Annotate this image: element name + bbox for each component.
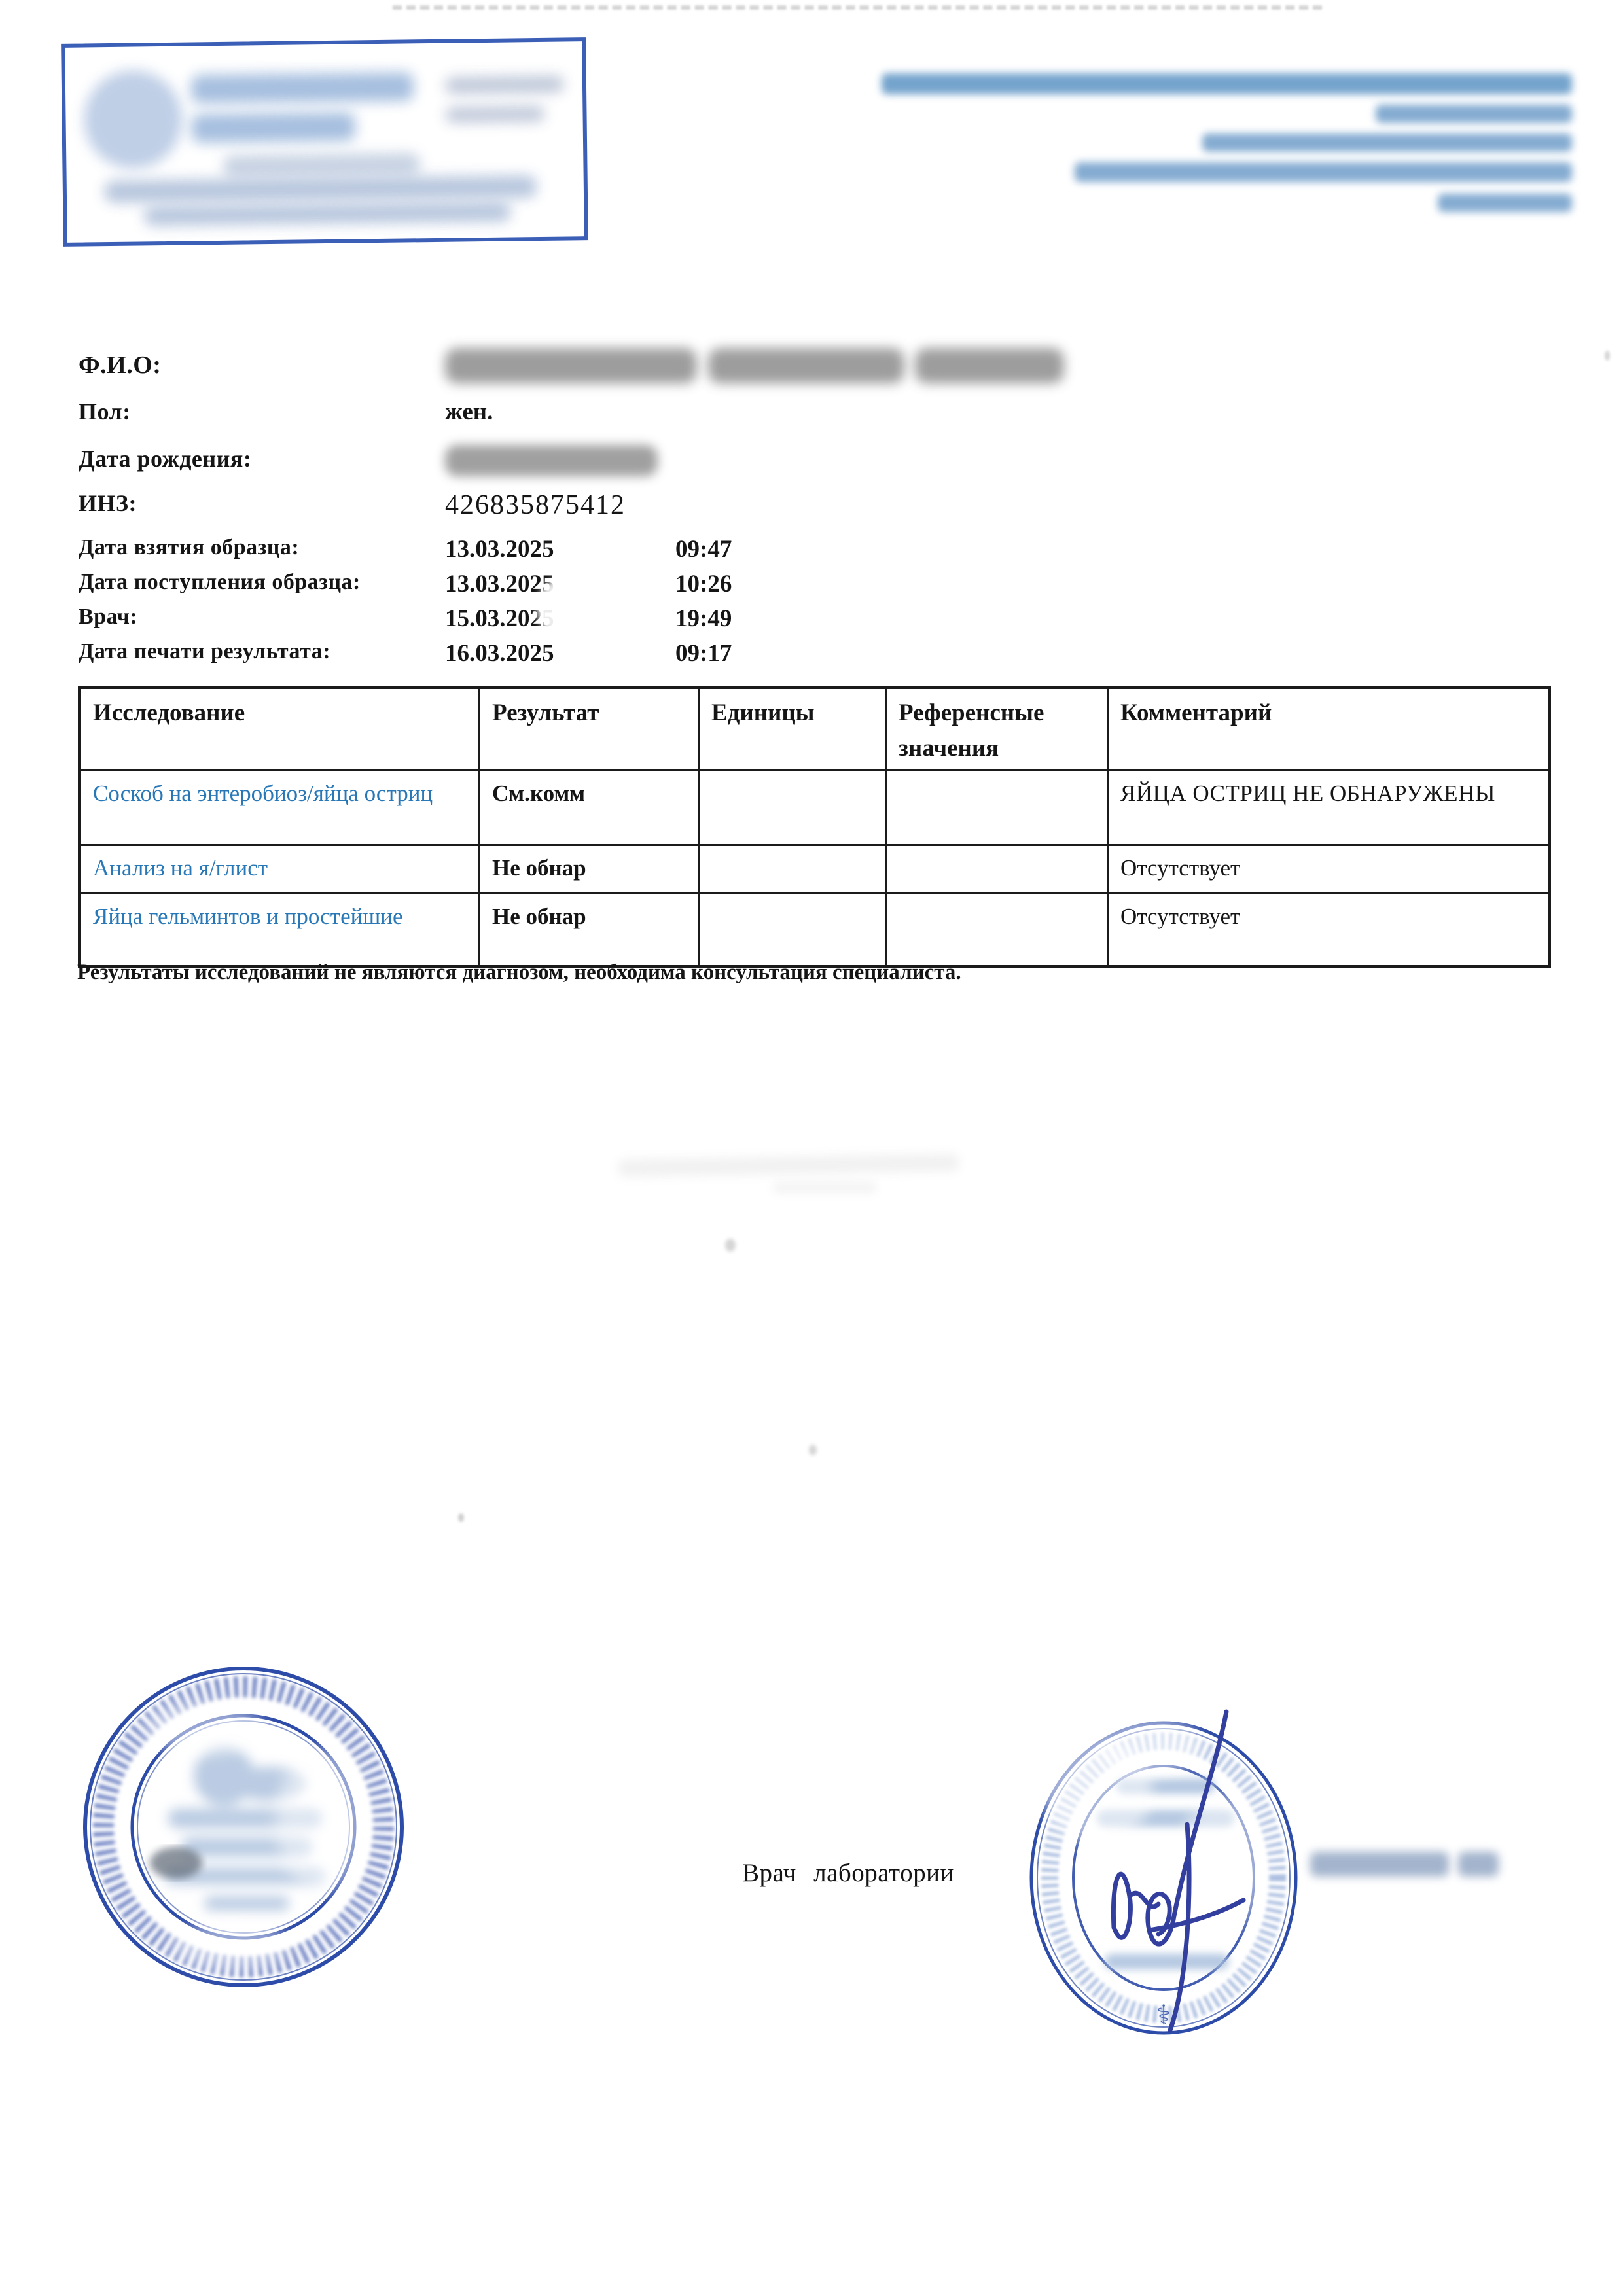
test-comment: ЯЙЦА ОСТРИЦ НЕ ОБНАРУЖЕНЫ (1108, 771, 1550, 845)
clinic-stamp-blur-line (191, 112, 355, 143)
signer-role-label: Врач лаборатории (742, 1858, 954, 1888)
field-row-sample-received: Дата поступления образца: 13.03.202510:2… (0, 570, 1623, 609)
field-time: 09:17 (675, 640, 732, 667)
test-reference (886, 894, 1108, 967)
clinic-header-blur-line (1075, 162, 1572, 182)
scan-smudge (618, 1154, 959, 1176)
test-name: Соскоб на энтеробиоз/яйца остриц (80, 771, 480, 845)
field-value: жен. (445, 398, 493, 426)
clinic-header-blurred (772, 73, 1572, 212)
table-row: Яйца гельминтов и простейшие Не обнар От… (80, 894, 1550, 967)
clinic-stamp-blur-line (105, 175, 537, 203)
results-table: Исследование Результат Единицы Референсн… (78, 686, 1551, 968)
field-row-inz: ИНЗ: 426835875412 (0, 489, 1623, 529)
scan-speck (725, 1239, 736, 1252)
scan-speck (809, 1445, 817, 1455)
field-label: Дата рождения: (79, 445, 251, 472)
field-row-sex: Пол: жен. (0, 398, 1623, 437)
clinic-stamp-blur-line (445, 76, 564, 94)
test-units (699, 771, 886, 845)
round-seal (80, 1663, 407, 1990)
clinic-stamp-blur-line (191, 72, 414, 103)
redacted-patient-name (445, 348, 697, 383)
field-time: 10:26 (675, 571, 732, 597)
test-comment: Отсутствует (1108, 845, 1550, 894)
clinic-stamp-blur-line (445, 106, 544, 123)
field-value: 426835875412 (445, 489, 626, 521)
scan-artifact-top (393, 5, 1322, 10)
test-name: Яйца гельминтов и простейшие (80, 894, 480, 967)
scan-speck (1605, 351, 1610, 361)
field-label: Дата взятия образца: (79, 535, 299, 560)
test-name: Анализ на я/глист (80, 845, 480, 894)
col-header-result: Результат (480, 688, 699, 771)
col-header-study: Исследование (80, 688, 480, 771)
table-row: Соскоб на энтеробиоз/яйца остриц См.комм… (80, 771, 1550, 845)
field-date: 13.03.2025 (445, 535, 675, 563)
clinic-stamp-logo-blur (84, 70, 183, 169)
scan-speck (458, 1513, 464, 1522)
col-header-comment: Комментарий (1108, 688, 1550, 771)
clinic-stamp (61, 37, 588, 247)
field-label: Дата печати результата: (79, 639, 330, 664)
lab-report-page: Ф.И.О: Пол: жен. Дата рождения: ИНЗ: 426… (0, 0, 1623, 2296)
test-reference (886, 845, 1108, 894)
field-row-doctor: Врач: 15.03.202519:49 (0, 605, 1623, 644)
col-header-reference: Референсные значения (886, 688, 1108, 771)
col-header-units: Единицы (699, 688, 886, 771)
field-date: 16.03.2025 (445, 639, 675, 667)
clinic-stamp-blur-line (144, 202, 510, 226)
clinic-header-blur-line (882, 73, 1572, 94)
test-result: Не обнар (480, 845, 699, 894)
test-result: Не обнар (480, 894, 699, 967)
field-label: Ф.И.О: (79, 351, 161, 380)
medical-symbol-icon: ⚕ (1156, 2001, 1171, 2031)
clinic-header-blur-line (1202, 133, 1572, 152)
field-time: 19:49 (675, 605, 732, 632)
oval-seal: ⚕ (1018, 1700, 1319, 2047)
clinic-header-blur-line (1438, 194, 1572, 212)
field-label: ИНЗ: (79, 489, 137, 517)
field-label: Пол: (79, 398, 131, 425)
redacted-doctor-name (1310, 1852, 1449, 1877)
field-label: Врач: (79, 605, 137, 629)
redacted-patient-name (915, 348, 1064, 383)
seal-fade-patches (145, 1703, 368, 1968)
redacted-doctor-name (1458, 1852, 1499, 1877)
field-row-birthdate: Дата рождения: (0, 445, 1623, 484)
clinic-header-blur-line (1376, 105, 1572, 123)
table-row: Анализ на я/глист Не обнар Отсутствует (80, 845, 1550, 894)
disclaimer-text: Результаты исследований не являются диаг… (77, 961, 961, 985)
redacted-patient-name (708, 348, 904, 383)
field-time: 09:47 (675, 536, 732, 563)
field-row-print-date: Дата печати результата: 16.03.202509:17 (0, 639, 1623, 679)
seal-dark-smudge (150, 1847, 202, 1879)
redacted-birth-date (445, 445, 658, 476)
test-reference (886, 771, 1108, 845)
test-comment: Отсутствует (1108, 894, 1550, 967)
test-result: См.комм (480, 771, 699, 845)
table-header-row: Исследование Результат Единицы Референсн… (80, 688, 1550, 771)
test-units (699, 845, 886, 894)
clinic-stamp-blur-line (223, 153, 419, 178)
field-label: Дата поступления образца: (79, 570, 361, 595)
scan-smudge (772, 1182, 877, 1193)
field-row-sample-taken: Дата взятия образца: 13.03.202509:47 (0, 535, 1623, 574)
test-units (699, 894, 886, 967)
